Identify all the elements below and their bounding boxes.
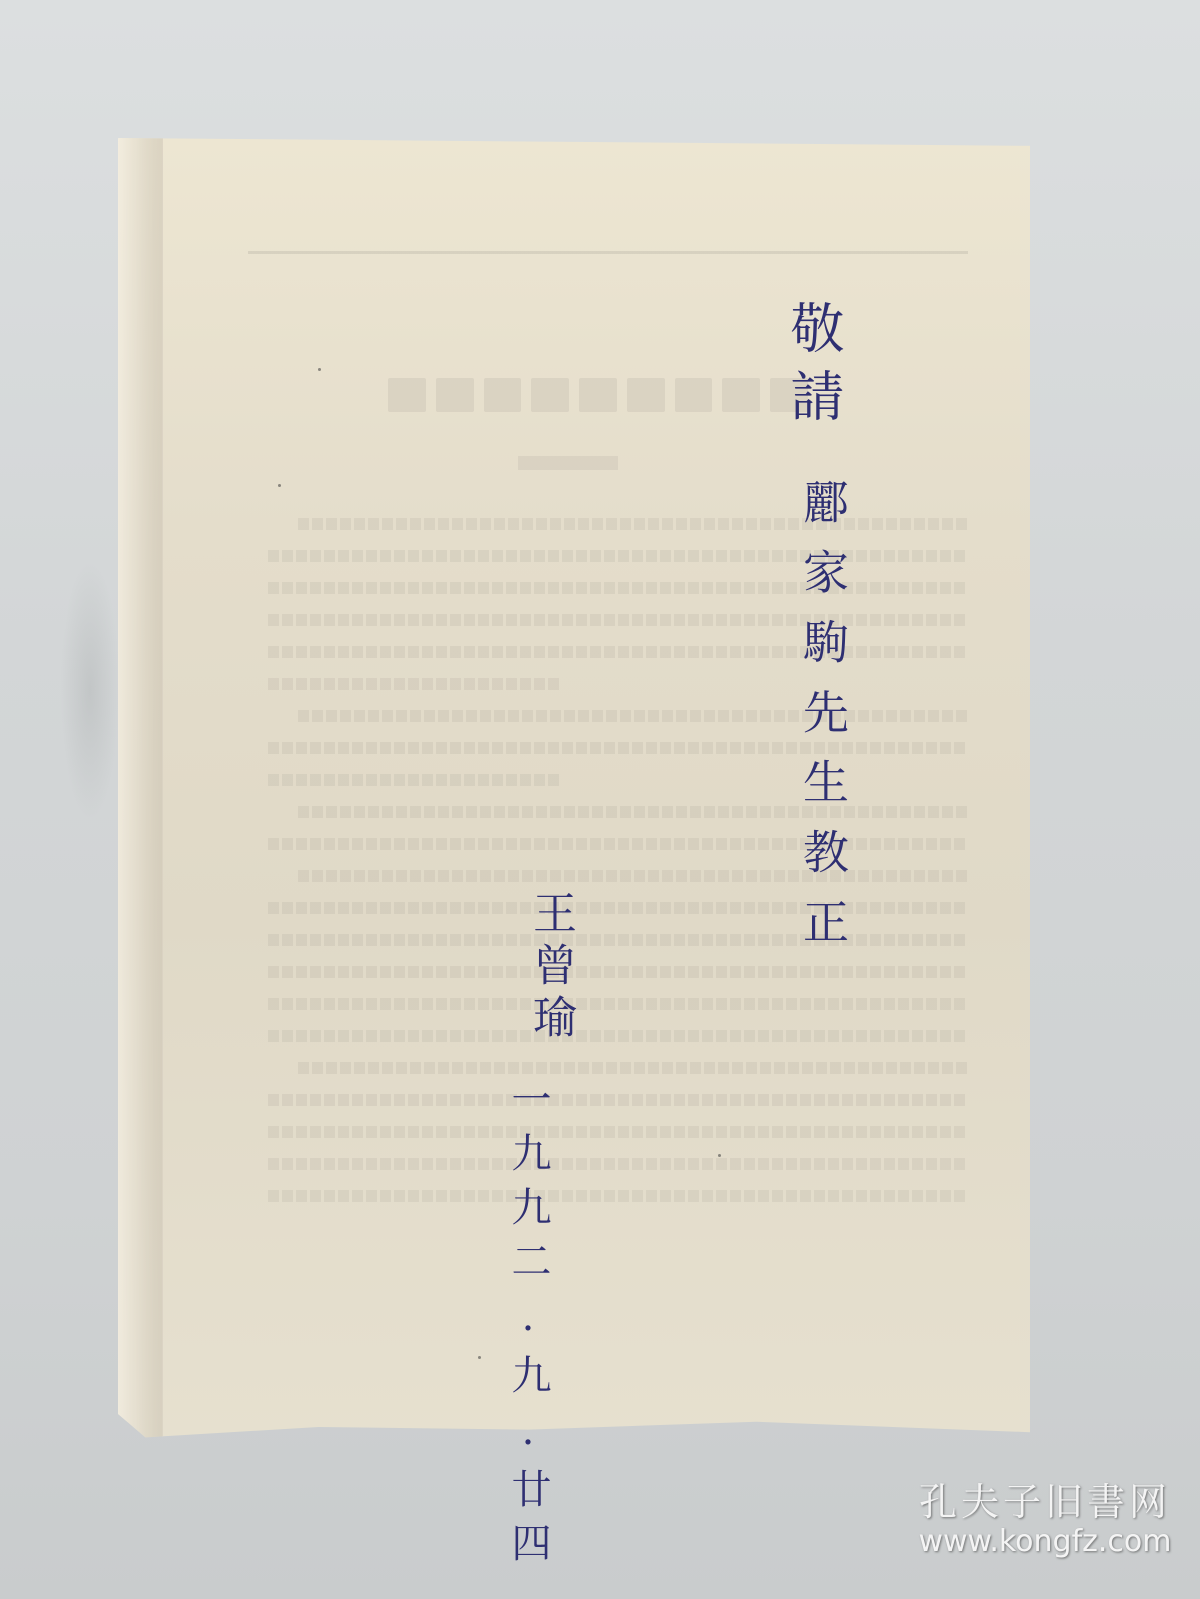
show-through-author [518,456,618,470]
paper-speck [478,1356,481,1359]
handwritten-date: 一九九二.九.廿四 [508,1078,548,1576]
handwritten-dedication-greeting: 敬請 [786,300,840,436]
show-through-body-text [268,518,968,1222]
booklet-cover-page [118,138,1030,1440]
stapled-spine [118,138,163,1440]
watermark-site-name: 孔夫子旧書网 [900,1482,1190,1524]
background-smudge [60,560,120,820]
paper-speck [718,1154,721,1157]
handwritten-dedication-recipient: 酈家駒先生教正 [800,478,846,968]
paper-speck [318,368,321,371]
handwritten-signature: 王曾瑜 [528,890,572,1046]
paper-speck [278,484,281,487]
watermark-url: www.kongfz.com [900,1524,1190,1560]
show-through-header-rule [248,251,968,254]
show-through-title [388,378,808,414]
site-watermark: 孔夫子旧書网 www.kongfz.com [900,1482,1190,1560]
